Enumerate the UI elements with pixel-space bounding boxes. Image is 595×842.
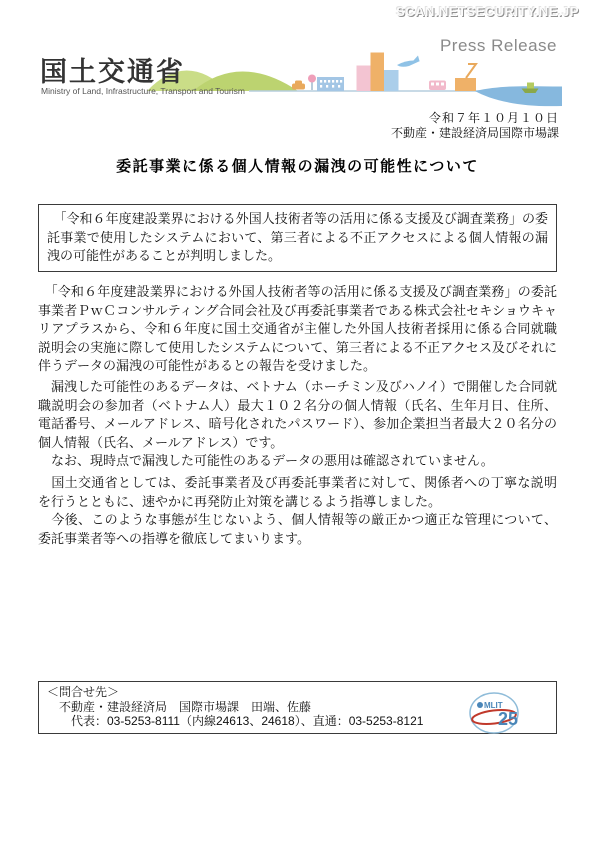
- paragraph-text: 「令和６年度建設業界における外国人技術者等の活用に係る支援及び調査業務」の委託事…: [38, 283, 557, 376]
- body-paragraph-block-2: 漏洩した可能性のあるデータは、ベトナム（ホーチミン及びハノイ）で開催した合同就職…: [38, 378, 557, 471]
- ministry-name-english: Ministry of Land, Infrastructure, Transp…: [41, 86, 245, 96]
- buildings-icon: [317, 53, 399, 92]
- paragraph-text: 漏洩した可能性のあるデータは、ベトナム（ホーチミン及びハノイ）で開催した合同就職…: [38, 378, 557, 452]
- press-release-label: Press Release: [440, 36, 557, 56]
- contact-box: ＜問合せ先＞ 不動産・建設経済局 国際市場課 田端、佐藤 代表：03-5253-…: [38, 681, 557, 734]
- mlit-25th-anniversary-logo: MLIT 25: [468, 691, 522, 737]
- car-icon: [292, 81, 305, 90]
- paragraph-text: 今後、このような事態が生じないよう、個人情報等の厳正かつ適正な管理について、委託…: [38, 511, 557, 548]
- airplane-icon: [397, 56, 420, 67]
- wave-icon: [475, 86, 562, 106]
- issuing-department: 不動産・建設経済局国際市場課: [391, 124, 559, 141]
- paragraph-text: なお、現時点で漏洩した可能性のあるデータの悪用は確認されていません。: [38, 452, 557, 471]
- factory-crane-icon: [455, 64, 476, 91]
- paragraph-text: 国土交通省としては、委託事業者及び再委託事業者に対して、関係者への丁寧な説明を行…: [38, 474, 557, 511]
- page-title: 委託事業に係る個人情報の漏洩の可能性について: [0, 155, 595, 176]
- summary-box: 「令和６年度建設業界における外国人技術者等の活用に係る支援及び調査業務」の委託事…: [38, 204, 557, 272]
- svg-text:25: 25: [498, 709, 518, 729]
- press-release-page: SCAN.NETSECURITY.NE.JP: [0, 0, 595, 842]
- body-paragraph-block-1: 「令和６年度建設業界における外国人技術者等の活用に係る支援及び調査業務」の委託事…: [38, 283, 557, 376]
- ministry-logo-text: 国土交通省: [40, 50, 185, 89]
- bus-icon: [429, 81, 446, 91]
- body-paragraph-block-3: 国土交通省としては、委託事業者及び再委託事業者に対して、関係者への丁寧な説明を行…: [38, 474, 557, 548]
- summary-text: 「令和６年度建設業界における外国人技術者等の活用に係る支援及び調査業務」の委託事…: [47, 210, 548, 266]
